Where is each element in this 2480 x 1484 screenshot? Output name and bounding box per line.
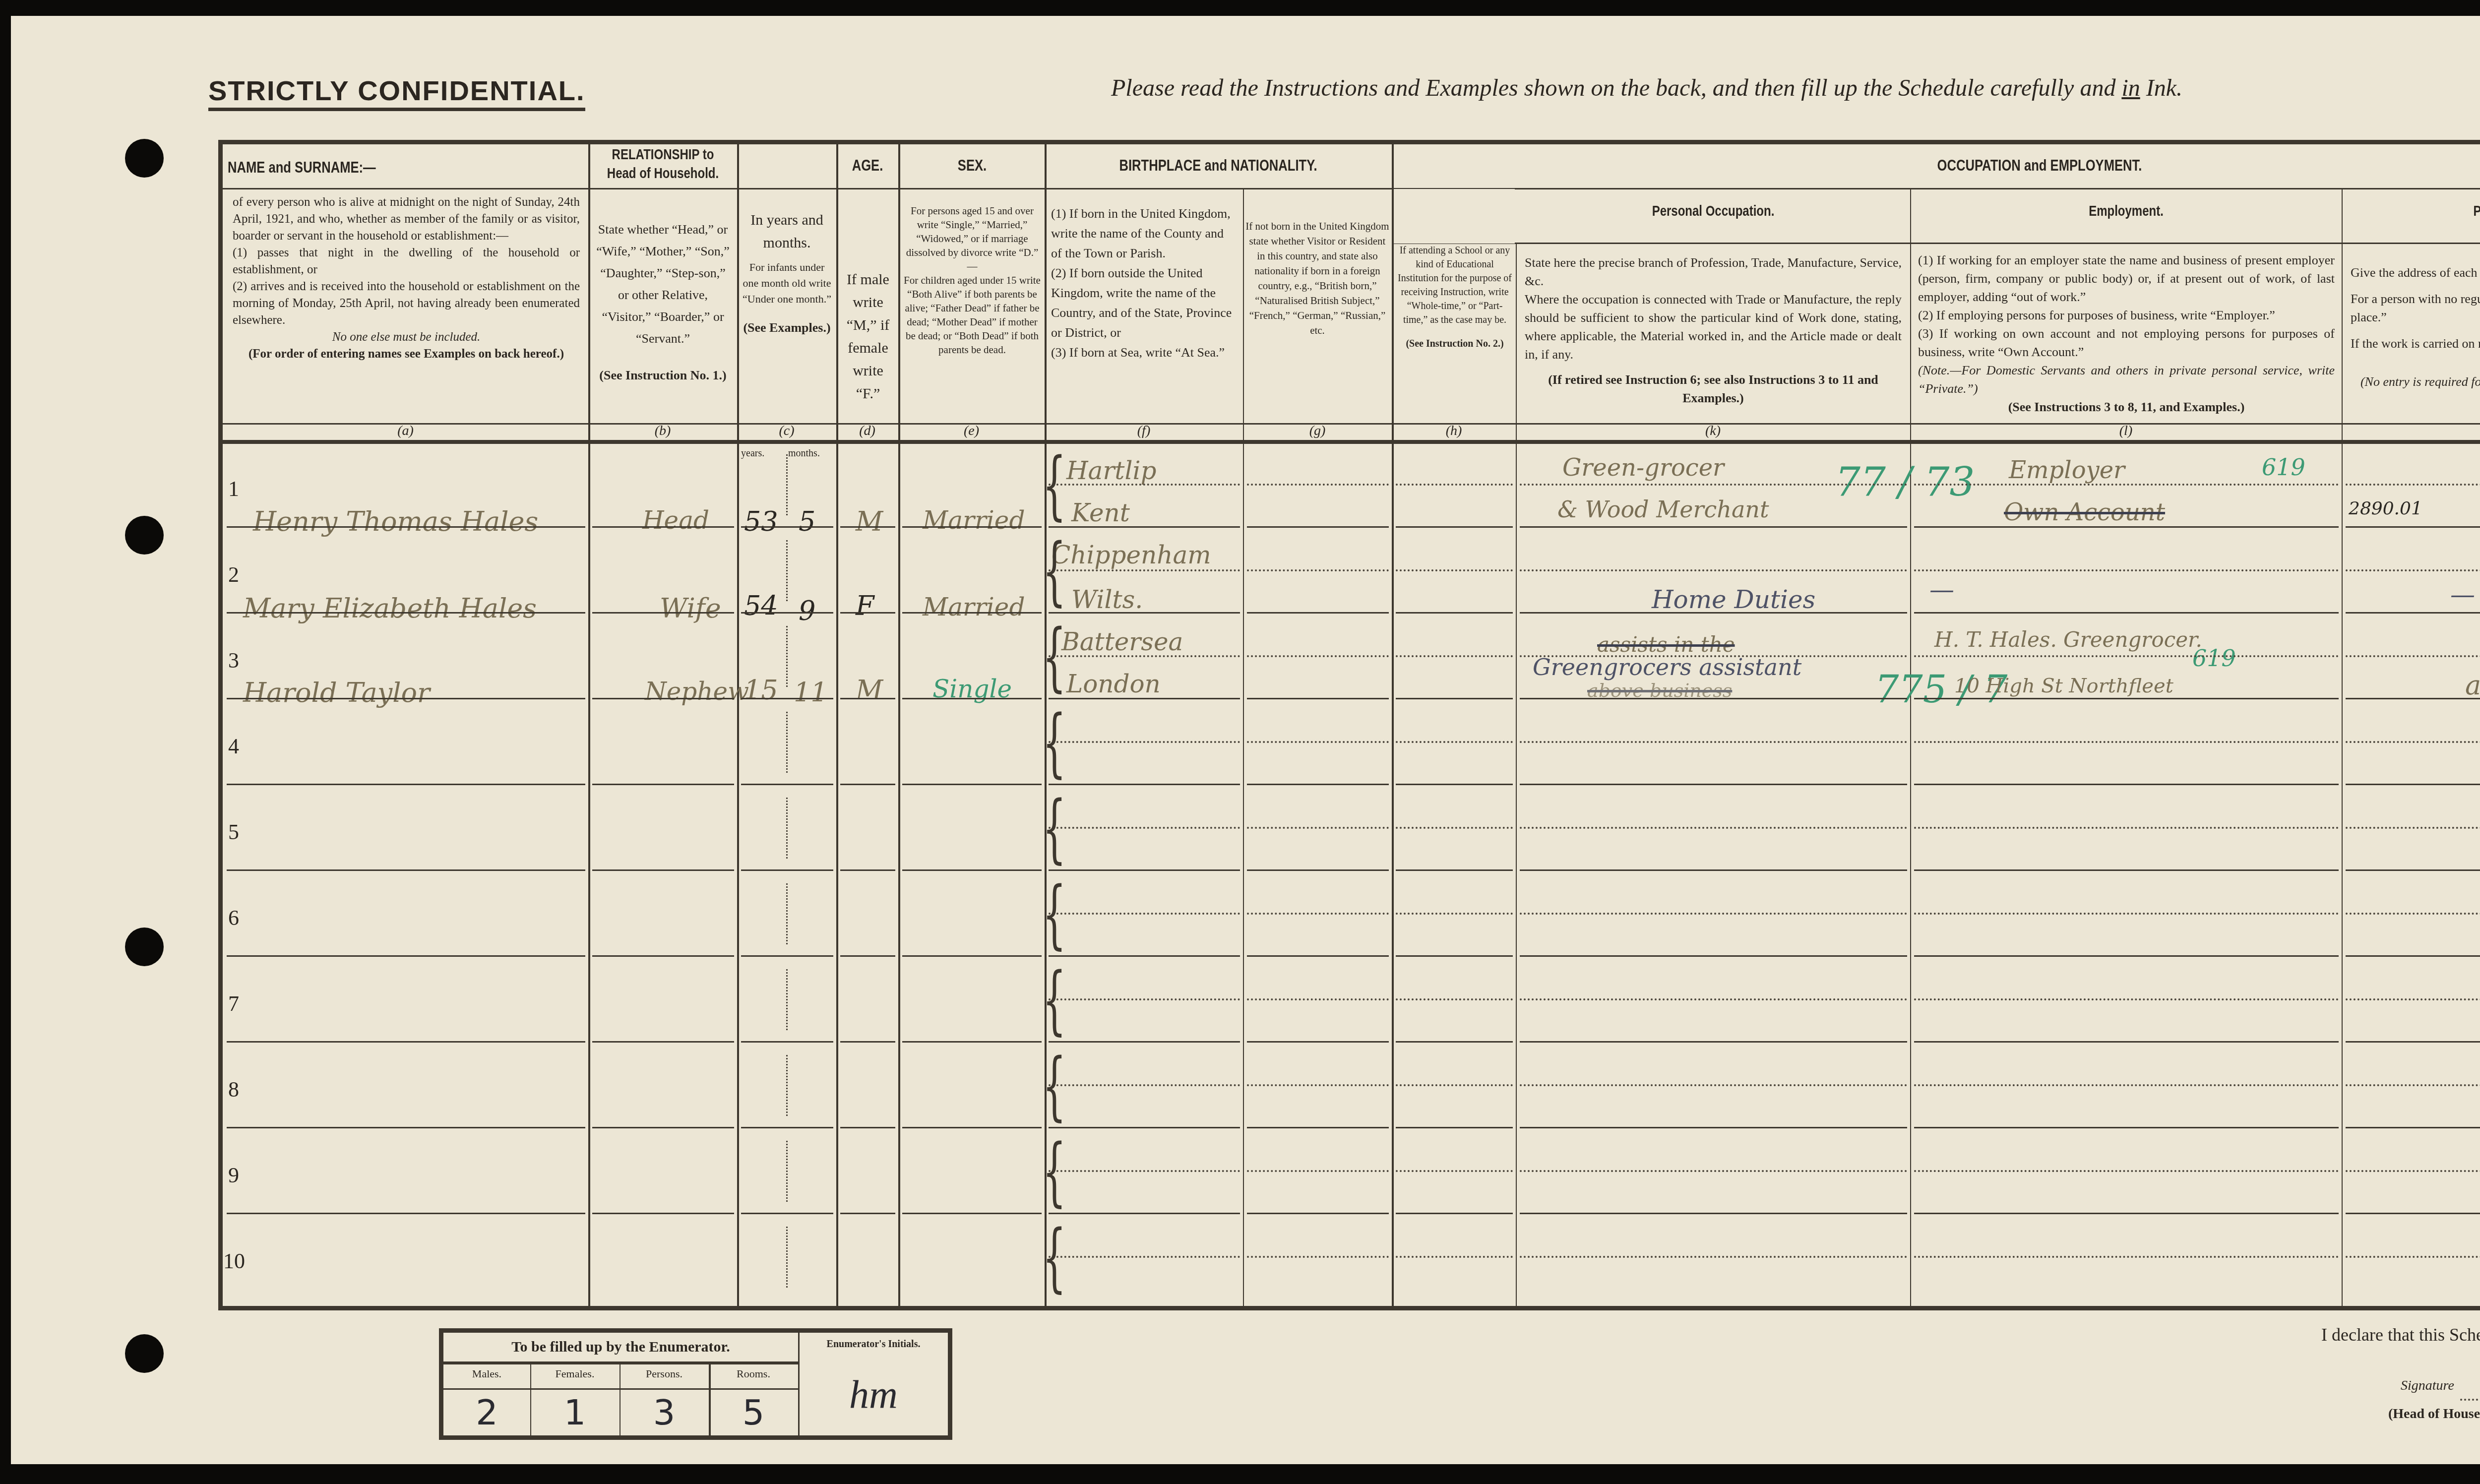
row-separator — [227, 526, 585, 528]
col-m-desc3: If the work is carried on mainly at home… — [2351, 334, 2480, 353]
row1-employment-1[interactable]: Employer — [2009, 456, 2125, 484]
row2-workplace[interactable]: — — [2450, 580, 2475, 609]
row1-occupation-code: 77 / 73 — [1835, 459, 1975, 505]
col-d-title: SEX. — [914, 156, 1030, 175]
row-separator — [741, 1213, 833, 1214]
row-midline — [1914, 1084, 2339, 1086]
instructions-in: in — [2121, 75, 2140, 101]
age-divider — [786, 712, 788, 773]
row-midline — [1049, 1256, 1240, 1258]
age-years-label: years. — [741, 448, 764, 459]
row-midline — [1049, 1084, 1240, 1086]
row-separator — [1396, 784, 1513, 785]
row-midline — [1049, 827, 1240, 829]
row-separator — [2346, 612, 2480, 614]
col-c-desc: In years and months. — [741, 209, 833, 254]
col-h-desc: If attending a School or any kind of Edu… — [1396, 244, 1514, 327]
col-h-see: (See Instruction No. 2.) — [1396, 337, 1514, 351]
col-f-item3: (3) If born at Sea, write “At Sea.” — [1051, 343, 1237, 363]
instructions-text: Please read the Instructions and Example… — [1111, 75, 2121, 101]
col-g-letter: (g) — [1243, 423, 1392, 439]
enumerator-initials[interactable]: hm — [802, 1372, 945, 1418]
row2-age-years[interactable]: 54 — [744, 590, 778, 621]
col-a-body: of every person who is alive at midnight… — [233, 194, 580, 363]
col-k-desc2: Where the occupation is connected with T… — [1525, 290, 1902, 364]
row-separator — [1520, 1213, 1907, 1214]
col-a-letter: (a) — [223, 423, 588, 439]
row-separator — [741, 698, 833, 699]
row-separator — [227, 1213, 585, 1214]
row1-employment-code: 619 — [2262, 454, 2305, 481]
row-midline — [1247, 913, 1389, 915]
row-midline — [1247, 655, 1389, 657]
col-k-letter: (k) — [1516, 423, 1910, 439]
col-g-body: If not born in the United Kingdom state … — [1245, 219, 1389, 338]
row-midline — [2346, 827, 2480, 829]
census-table: NAME and SURNAME:— RELATIONSHIP to Head … — [218, 140, 2480, 1310]
row-midline — [1247, 1084, 1389, 1086]
row1-sex[interactable]: M — [856, 506, 883, 537]
row-midline — [1520, 1256, 1907, 1258]
col-d-body: If male write “M,” if female write “F.” — [840, 268, 896, 405]
row-brace: { — [1043, 965, 1066, 1036]
row-separator — [741, 1127, 833, 1128]
row-separator — [902, 1213, 1042, 1214]
row-separator — [1247, 1127, 1389, 1128]
col-l-item1: (1) If working for an employer state the… — [1918, 251, 2335, 306]
punch-hole — [125, 139, 164, 178]
row-midline — [1520, 1084, 1907, 1086]
row1-age-months[interactable]: 5 — [799, 506, 815, 537]
row-separator — [1914, 784, 2339, 785]
row-midline — [1396, 1256, 1513, 1258]
col-k-body: State here the precise branch of Profess… — [1525, 253, 1902, 407]
row3-employment-1[interactable]: H. T. Hales. Greengrocer. — [1934, 627, 2202, 652]
row-separator — [1247, 526, 1389, 528]
row-separator — [741, 612, 833, 614]
col-l-item2: (2) If employing persons for purposes of… — [1918, 306, 2335, 324]
row-number: 2 — [228, 562, 239, 587]
row-midline — [1247, 741, 1389, 743]
row-separator — [1396, 1213, 1513, 1214]
personal-occupation-title: Personal Occupation. — [1556, 203, 1870, 220]
females-count[interactable]: 1 — [530, 1392, 620, 1433]
col-e-letter: (e) — [898, 423, 1045, 439]
row-separator — [1520, 1041, 1907, 1043]
col-a-note: No one else must be included. — [233, 329, 580, 346]
row-midline — [1914, 569, 2339, 571]
box-divider — [798, 1333, 800, 1435]
row-midline — [1914, 998, 2339, 1000]
row-separator — [1520, 698, 1907, 699]
col-m-desc2: For a person with no regular place of wo… — [2351, 290, 2480, 326]
row2-birthplace-2[interactable]: Wilts. — [1071, 585, 1143, 614]
row-separator — [1520, 869, 1907, 871]
row-separator — [1914, 698, 2339, 699]
row-separator — [1247, 784, 1389, 785]
row-separator — [1247, 955, 1389, 957]
col-divider — [2342, 189, 2343, 1306]
row-separator — [227, 1127, 585, 1128]
row3-name[interactable]: Harold Taylor — [243, 677, 430, 708]
col-c-body: In years and months. For infants under o… — [741, 209, 833, 337]
header-bottom-rule — [223, 440, 2480, 444]
row-separator — [741, 1041, 833, 1043]
row-separator — [592, 1213, 734, 1214]
col-divider — [1910, 189, 1911, 1306]
col-m-letter: (m) — [2342, 423, 2480, 439]
row-midline — [1520, 1170, 1907, 1172]
signature-label: Signature — [2401, 1378, 2454, 1394]
row-midline — [1914, 484, 2339, 486]
row-midline — [2346, 913, 2480, 915]
row3-sex[interactable]: M — [856, 675, 883, 706]
row-brace: { — [1043, 1051, 1066, 1122]
punch-hole — [125, 1334, 164, 1373]
row-separator — [840, 698, 895, 699]
rooms-label: Rooms. — [709, 1367, 798, 1380]
row-midline — [1520, 741, 1907, 743]
row-number: 4 — [228, 734, 239, 759]
row-separator — [1049, 955, 1240, 957]
row-separator — [2346, 784, 2480, 785]
row-brace: { — [1043, 879, 1066, 950]
row-separator — [902, 526, 1042, 528]
age-divider — [786, 454, 788, 515]
col-a-title: NAME and SURNAME:— — [228, 158, 513, 177]
row-separator — [227, 784, 585, 785]
row-midline — [1049, 484, 1240, 486]
row-midline — [1247, 1170, 1389, 1172]
col-m-desc1: Give the address of each person's place … — [2351, 263, 2480, 282]
col-c-see: (See Examples.) — [741, 319, 833, 337]
signature-caption: (Head of Household, Manager of Establish… — [2388, 1406, 2480, 1422]
row2-relationship[interactable]: Wife — [660, 593, 721, 624]
row2-employment[interactable]: — — [1929, 575, 1954, 604]
col-l-note: (Note.—For Domestic Servants and others … — [1918, 361, 2335, 398]
punch-hole — [125, 927, 164, 966]
row-separator — [1914, 526, 2339, 528]
col-l-item3: (3) If working on own account and not em… — [1918, 324, 2335, 361]
row3-relationship[interactable]: Nephew — [645, 677, 749, 706]
header-divider — [223, 188, 1045, 189]
row-separator — [1396, 526, 1513, 528]
instructions-ink: Ink. — [2140, 75, 2182, 101]
row-separator — [840, 1213, 895, 1214]
col-m-note: (No entry is required for any person who… — [2351, 372, 2480, 409]
col-e-body: For persons aged 15 and over write “Sing… — [902, 204, 1042, 357]
row-separator — [840, 1127, 895, 1128]
row-separator — [1247, 1213, 1389, 1214]
row-separator — [592, 955, 734, 957]
col-b-desc: State whether “Head,” or “Wife,” “Mother… — [595, 219, 731, 350]
signature-line[interactable] — [2460, 1399, 2480, 1401]
col-h-letter: (h) — [1392, 423, 1516, 439]
row3-birthplace-2[interactable]: London — [1066, 670, 1161, 698]
row-separator — [902, 784, 1042, 785]
occupation-title: OCCUPATION and EMPLOYMENT. — [1523, 156, 2480, 175]
row-midline — [1049, 998, 1240, 1000]
row-midline — [1049, 741, 1240, 743]
row3-employment-2[interactable]: 10 High St Northfleet — [1954, 675, 2173, 697]
row-separator — [902, 1127, 1042, 1128]
row-midline — [1396, 1084, 1513, 1086]
row2-birthplace-1[interactable]: Chippenham — [1052, 541, 1211, 569]
row1-age-years[interactable]: 53 — [744, 506, 778, 537]
row3-employment-code: 619 — [2192, 645, 2236, 672]
col-l-body: (1) If working for an employer state the… — [1918, 251, 2335, 416]
row3-occupation-2[interactable]: Greengrocers assistant — [1533, 654, 1801, 680]
males-label: Males. — [443, 1367, 530, 1380]
row-separator — [840, 526, 895, 528]
row-midline — [1396, 741, 1513, 743]
row1-relationship[interactable]: Head — [642, 506, 709, 535]
row-separator — [741, 526, 833, 528]
row-separator — [1049, 869, 1240, 871]
row-separator — [1914, 1213, 2339, 1214]
age-months-label: months. — [788, 448, 820, 459]
row-midline — [1396, 484, 1513, 486]
age-divider — [786, 1141, 788, 1202]
row-midline — [1914, 1170, 2339, 1172]
row-midline — [1396, 998, 1513, 1000]
row-separator — [1049, 526, 1240, 528]
row-separator — [1914, 1127, 2339, 1128]
row-midline — [1520, 998, 1907, 1000]
row-number: 8 — [228, 1077, 239, 1102]
col-divider — [1516, 244, 1517, 1306]
row-separator — [1049, 612, 1240, 614]
row3-workplace[interactable]: at Home — [2465, 670, 2480, 701]
box-divider — [443, 1388, 798, 1390]
row3-birthplace-1[interactable]: Battersea — [1061, 627, 1183, 656]
row-midline — [2346, 1084, 2480, 1086]
row-separator — [1520, 612, 1907, 614]
col-h-body: If attending a School or any kind of Edu… — [1396, 244, 1514, 351]
col-divider — [737, 144, 739, 1306]
fill-instructions: Please read the Instructions and Example… — [1111, 74, 2182, 102]
punch-hole — [125, 516, 164, 555]
age-divider — [786, 969, 788, 1030]
row2-occupation[interactable]: Home Duties — [1652, 585, 1815, 614]
row-separator — [1520, 955, 1907, 957]
row-separator — [1396, 698, 1513, 699]
row-separator — [227, 612, 585, 614]
initials-label: Enumerator's Initials. — [802, 1339, 945, 1350]
col-a-item2: (2) arrives and is received into the hou… — [233, 278, 580, 329]
col-divider — [1045, 144, 1047, 189]
row-midline — [1914, 741, 2339, 743]
row-midline — [1520, 913, 1907, 915]
row2-sex[interactable]: F — [856, 590, 874, 621]
row-midline — [1520, 484, 1907, 486]
col-f-item2: (2) If born outside the United Kingdom, … — [1051, 263, 1237, 343]
row-midline — [2346, 569, 2480, 571]
row-separator — [1247, 1041, 1389, 1043]
col-f-item1: (1) If born in the United Kingdom, write… — [1051, 204, 1237, 263]
row1-occupation-2[interactable]: & Wood Merchant — [1557, 496, 1769, 523]
row-midline — [1247, 484, 1389, 486]
row-separator — [2346, 1041, 2480, 1043]
row1-birthplace-2[interactable]: Kent — [1071, 498, 1130, 527]
row1-workplace-code: 2890.01 — [2349, 498, 2422, 519]
row-separator — [2346, 698, 2480, 699]
row-separator — [1396, 1127, 1513, 1128]
row-brace: { — [1043, 1137, 1066, 1208]
col-divider — [1392, 144, 1394, 189]
age-divider — [786, 1227, 788, 1288]
males-count[interactable]: 2 — [443, 1392, 530, 1433]
row-brace: { — [1043, 450, 1066, 521]
persons-count[interactable]: 3 — [620, 1392, 709, 1433]
row-midline — [1914, 827, 2339, 829]
row-separator — [227, 698, 585, 699]
row-midline — [1049, 1170, 1240, 1172]
row-separator — [741, 869, 833, 871]
col-k-see: (If retired see Instruction 6; see also … — [1525, 371, 1902, 407]
col-l-see: (See Instructions 3 to 8, 11, and Exampl… — [1918, 398, 2335, 416]
row-midline — [1247, 998, 1389, 1000]
row-midline — [1396, 913, 1513, 915]
row-number: 6 — [228, 905, 239, 930]
row-separator — [1247, 612, 1389, 614]
col-c-letter: (c) — [737, 423, 836, 439]
col-a-order: (For order of entering names see Example… — [233, 346, 580, 363]
row-separator — [227, 869, 585, 871]
row-brace: { — [1043, 708, 1066, 779]
row-separator — [592, 1041, 734, 1043]
row-midline — [1049, 913, 1240, 915]
row-brace: { — [1043, 1223, 1066, 1294]
col-e-dash: — — [902, 259, 1042, 273]
place-of-work-title: Place of Work. — [2377, 203, 2480, 220]
row2-name[interactable]: Mary Elizabeth Hales — [243, 593, 537, 624]
col-f-letter: (f) — [1045, 423, 1243, 439]
age-divider — [786, 798, 788, 859]
declaration-text: I declare that this Schedule is correctl… — [2321, 1324, 2480, 1345]
row-separator — [592, 526, 734, 528]
row1-name[interactable]: Henry Thomas Hales — [253, 506, 538, 537]
row-separator — [840, 869, 895, 871]
header-divider — [1392, 188, 2480, 189]
row-separator — [1049, 1213, 1240, 1214]
row-separator — [592, 1127, 734, 1128]
row2-marriage[interactable]: Married — [923, 593, 1025, 621]
row3-age-months[interactable]: 11 — [794, 677, 828, 708]
col-divider — [836, 144, 838, 1306]
row-separator — [1520, 526, 1907, 528]
row-number: 3 — [228, 648, 239, 673]
row1-marriage[interactable]: Married — [923, 506, 1025, 535]
row-separator — [1520, 784, 1907, 785]
row-separator — [840, 1041, 895, 1043]
enumerator-tally-box: To be filled up by the Enumerator. Enume… — [439, 1328, 952, 1440]
row-separator — [902, 612, 1042, 614]
females-label: Females. — [530, 1367, 620, 1380]
col-divider — [1243, 189, 1244, 1306]
row-midline — [2346, 484, 2480, 486]
rooms-count[interactable]: 5 — [709, 1392, 798, 1433]
row-separator — [592, 869, 734, 871]
row1-birthplace-1[interactable]: Hartlip — [1066, 456, 1156, 485]
row-midline — [1247, 569, 1389, 571]
row3-age-years[interactable]: 15 — [744, 675, 778, 706]
header-divider — [1392, 243, 2480, 244]
row-brace: { — [1043, 794, 1066, 865]
row-number: 10 — [223, 1248, 245, 1274]
row-midline — [1049, 569, 1240, 571]
row-separator — [840, 612, 895, 614]
row-midline — [2346, 655, 2480, 657]
persons-label: Persons. — [620, 1367, 709, 1380]
col-b-title: RELATIONSHIP to Head of Household. — [605, 145, 722, 183]
col-e-children: For children aged under 15 write “Both A… — [902, 273, 1042, 357]
row1-employment-2-struck[interactable]: Own Account — [2004, 498, 2165, 526]
row-separator — [1914, 955, 2339, 957]
row-separator — [1396, 869, 1513, 871]
col-c-title: AGE. — [844, 156, 891, 175]
row-separator — [1396, 955, 1513, 957]
col-b-see: (See Instruction No. 1.) — [595, 365, 731, 386]
row-separator — [1049, 698, 1240, 699]
row-midline — [1247, 1256, 1389, 1258]
col-divider — [898, 144, 900, 1306]
col-divider — [588, 144, 590, 1306]
row-separator — [2346, 1127, 2480, 1128]
row2-age-months[interactable]: 9 — [799, 595, 815, 626]
row-separator — [741, 955, 833, 957]
row-separator — [741, 784, 833, 785]
row-midline — [1914, 913, 2339, 915]
age-divider — [786, 626, 788, 687]
row3-occupation-1-struck[interactable]: assists in the — [1597, 632, 1735, 657]
col-e-desc: For persons aged 15 and over write “Sing… — [902, 204, 1042, 259]
row-separator — [840, 955, 895, 957]
row-midline — [1520, 655, 1907, 657]
row-midline — [1520, 827, 1907, 829]
col-a-item1: (1) passes that night in the dwelling of… — [233, 245, 580, 278]
row1-occupation-1[interactable]: Green-grocer — [1562, 454, 1724, 482]
row-separator — [227, 955, 585, 957]
row-separator — [902, 1041, 1042, 1043]
col-m-body: Give the address of each person's place … — [2351, 263, 2480, 409]
row-separator — [1520, 1127, 1907, 1128]
col-a-desc: of every person who is alive at midnight… — [233, 194, 580, 245]
tally-title: To be filled up by the Enumerator. — [443, 1333, 798, 1364]
birthplace-title: BIRTHPLACE and NATIONALITY. — [1079, 156, 1357, 175]
row-number: 7 — [228, 991, 239, 1016]
row-midline — [1049, 655, 1240, 657]
col-d-letter: (d) — [836, 423, 898, 439]
row-separator — [2346, 526, 2480, 528]
row-separator — [1247, 869, 1389, 871]
row-separator — [840, 784, 895, 785]
birthplace-header-cell: BIRTHPLACE and NATIONALITY. — [1045, 144, 1392, 188]
row-midline — [2346, 998, 2480, 1000]
row-midline — [2346, 741, 2480, 743]
row-separator — [902, 955, 1042, 957]
row-midline — [2346, 1256, 2480, 1258]
row-midline — [1520, 569, 1907, 571]
row-separator — [592, 784, 734, 785]
row-separator — [1914, 869, 2339, 871]
row-separator — [2346, 1213, 2480, 1214]
row-separator — [1396, 1041, 1513, 1043]
row-separator — [1049, 784, 1240, 785]
row-number: 9 — [228, 1163, 239, 1188]
col-k-desc1: State here the precise branch of Profess… — [1525, 253, 1902, 290]
row-separator — [2346, 869, 2480, 871]
